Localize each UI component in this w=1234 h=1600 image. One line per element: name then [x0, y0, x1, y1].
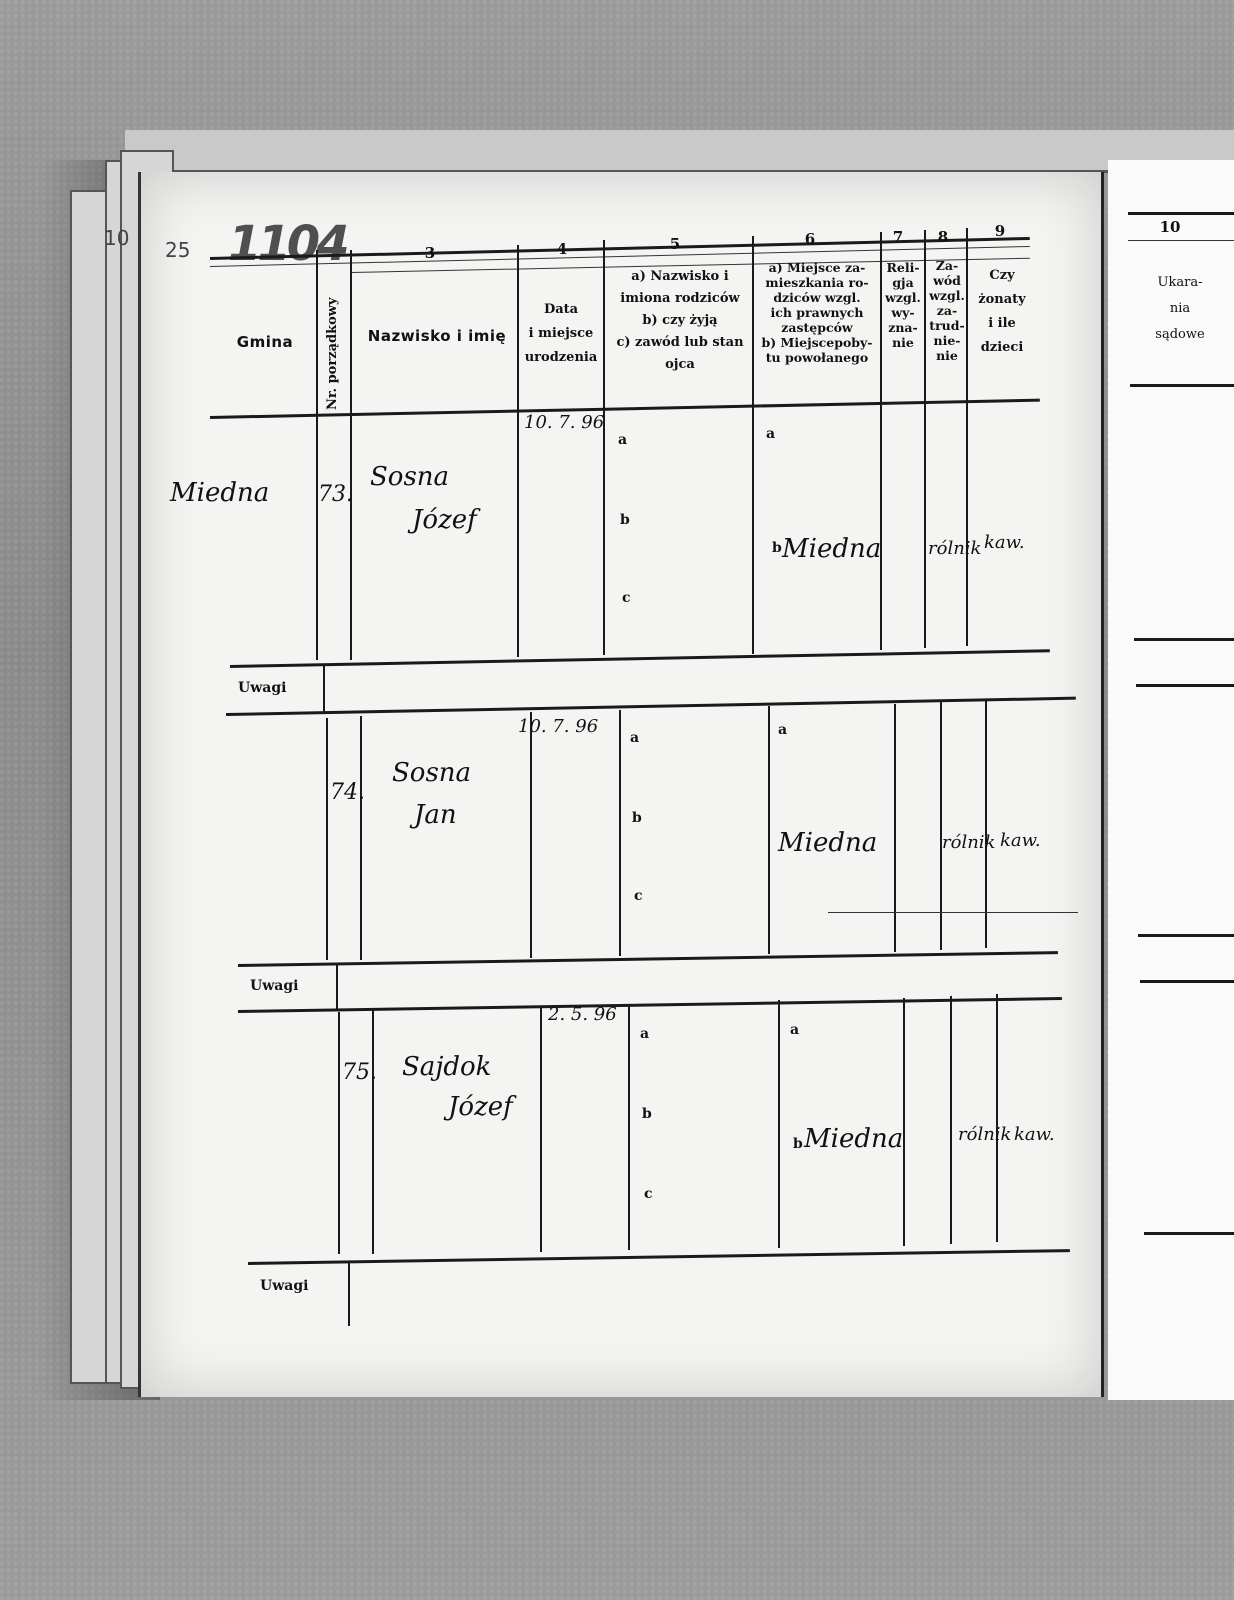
header-line: nie	[925, 348, 969, 363]
remarks-divider	[336, 964, 338, 1010]
col-10-rule	[1134, 638, 1234, 641]
header-line: c) zawód lub stan	[606, 332, 754, 354]
col-divider	[950, 996, 952, 1244]
header-line: za-	[925, 303, 969, 318]
remarks-label-3: Uwagi	[260, 1278, 308, 1294]
header-line: Za-	[925, 258, 969, 273]
entry-2-parents-c: c	[634, 888, 643, 904]
col-name-header: Nazwisko i imię	[358, 328, 516, 345]
entry-3-surname: Sajdok	[402, 1052, 491, 1082]
entry-1-birth-date: 10. 7. 96	[524, 412, 604, 433]
col-parents-header: a) Nazwisko i imiona rodziców b) czy żyj…	[606, 266, 754, 376]
header-line: Ukara-	[1130, 270, 1230, 296]
col-10-rule	[828, 912, 1078, 913]
entry-2-surname: Sosna	[392, 758, 471, 788]
entry-1-gmina: Miedna	[170, 478, 269, 508]
header-line: i ile	[968, 312, 1036, 336]
header-line: i miejsce	[518, 322, 604, 346]
col-birth-header: Data i miejsce urodzenia	[518, 298, 604, 370]
col-divider	[540, 1006, 542, 1252]
entry-1-residence-b: Miedna	[782, 534, 881, 564]
entry-1-surname: Sosna	[370, 462, 449, 492]
header-line: żonaty	[968, 288, 1036, 312]
header-line: Czy	[968, 264, 1036, 288]
header-line: zna-	[880, 320, 926, 335]
col-divider	[778, 1000, 780, 1248]
entry-3-number: 75.	[342, 1060, 377, 1085]
header-line: imiona rodziców	[606, 288, 754, 310]
header-line: Reli-	[880, 260, 926, 275]
col-10-rule	[1136, 684, 1234, 687]
col-divider	[985, 700, 987, 948]
header-line: sądowe	[1130, 322, 1230, 348]
col-convictions-header: Ukara- nia sądowe	[1130, 270, 1230, 348]
entry-1-residence-a: a	[766, 426, 775, 442]
col-divider	[752, 236, 754, 654]
header-line: dziców wzgl.	[754, 290, 880, 305]
pencil-mark-top: 25	[165, 238, 190, 262]
entry-3-residence-b-marker: b	[793, 1136, 803, 1152]
col-divider	[517, 245, 519, 657]
col-6-number: 6	[800, 230, 820, 248]
entry-2-number: 74.	[330, 780, 365, 805]
col-10-rule	[1144, 1232, 1234, 1235]
col-divider	[903, 998, 905, 1246]
book-cover-edge	[125, 130, 1234, 173]
entry-3-parents-b: b	[642, 1106, 652, 1122]
entry-3-parents-a: a	[640, 1026, 649, 1042]
header-line: tu powołanego	[754, 350, 880, 365]
entry-3-birth-date: 2. 5. 96	[548, 1004, 617, 1025]
col-divider	[768, 706, 770, 954]
pencil-mark-left: 10	[104, 226, 129, 250]
entry-3-given-name: Józef	[448, 1092, 513, 1122]
col-nr-header: Nr. porządkowy	[325, 297, 340, 410]
col-divider	[316, 250, 318, 660]
col-divider	[350, 250, 352, 660]
entry-1-marital: kaw.	[984, 532, 1025, 553]
col-10-top-rule	[1128, 212, 1234, 215]
header-line: nie-	[925, 333, 969, 348]
col-7-number: 7	[888, 228, 908, 246]
entry-3-marital: kaw.	[1014, 1124, 1055, 1145]
entry-1-given-name: Józef	[412, 505, 477, 535]
col-gmina-header: Gmina	[230, 334, 300, 351]
header-line: a) Nazwisko i	[606, 266, 754, 288]
col-residence-header: a) Miejsce za- mieszkania ro- dziców wzg…	[754, 260, 880, 365]
entry-2-residence-b: Miedna	[778, 828, 877, 858]
col-divider	[628, 1004, 630, 1250]
col-10-num-rule	[1128, 240, 1234, 241]
entry-1-occupation: rólnik	[928, 538, 981, 559]
col-divider	[894, 704, 896, 952]
col-divider	[372, 1010, 374, 1254]
entry-2-occupation: rólnik	[942, 832, 995, 853]
remarks-label-2: Uwagi	[250, 978, 298, 994]
header-line: wód	[925, 273, 969, 288]
col-10-number: 10	[1155, 218, 1185, 236]
col-divider	[619, 710, 621, 956]
header-line: trud-	[925, 318, 969, 333]
entry-3-residence-a: a	[790, 1022, 799, 1038]
header-line: dzieci	[968, 336, 1036, 360]
entry-2-parents-a: a	[630, 730, 639, 746]
header-line: ich prawnych	[754, 305, 880, 320]
header-line: wzgl.	[925, 288, 969, 303]
remarks-divider	[323, 665, 325, 713]
header-line: ojca	[606, 354, 754, 376]
col-10-header-rule	[1130, 384, 1234, 387]
col-divider	[880, 232, 882, 650]
col-divider	[326, 718, 328, 960]
col-5-number: 5	[665, 235, 685, 253]
entry-2-given-name: Jan	[414, 800, 457, 830]
entry-2-parents-b: b	[632, 810, 642, 826]
header-line: wzgl.	[880, 290, 926, 305]
header-line: b) Miejscepoby-	[754, 335, 880, 350]
entry-3-occupation: rólnik	[958, 1124, 1011, 1145]
header-line: nia	[1130, 296, 1230, 322]
col-divider	[966, 228, 968, 646]
col-9-number: 9	[990, 222, 1010, 240]
col-divider	[338, 1012, 340, 1254]
entry-1-number: 73.	[318, 482, 353, 507]
remarks-divider	[348, 1262, 350, 1326]
col-10-rule	[1140, 980, 1234, 983]
header-line: nie	[880, 335, 926, 350]
col-divider	[603, 240, 605, 655]
col-10-rule	[1138, 934, 1234, 937]
col-religion-header: Reli- gja wzgl. wy- zna- nie	[880, 260, 926, 350]
header-line: wy-	[880, 305, 926, 320]
entry-1-parents-c: c	[622, 590, 631, 606]
entry-1-residence-b-marker: b	[772, 540, 782, 556]
entry-1-parents-b: b	[620, 512, 630, 528]
entry-2-residence-a: a	[778, 722, 787, 738]
entry-3-parents-c: c	[644, 1186, 653, 1202]
header-line: mieszkania ro-	[754, 275, 880, 290]
header-line: gja	[880, 275, 926, 290]
header-line: b) czy żyją	[606, 310, 754, 332]
entry-1-parents-a: a	[618, 432, 627, 448]
col-4-number: 4	[552, 240, 572, 258]
col-divider	[924, 230, 926, 648]
header-line: urodzenia	[518, 346, 604, 370]
col-occupation-header: Za- wód wzgl. za- trud- nie- nie	[925, 258, 969, 363]
entry-2-marital: kaw.	[1000, 830, 1041, 851]
col-marital-header: Czy żonaty i ile dzieci	[968, 264, 1036, 360]
col-divider	[360, 716, 362, 960]
col-3-number: 3	[420, 244, 440, 262]
header-line: Data	[518, 298, 604, 322]
entry-3-residence-b: Miedna	[804, 1124, 903, 1154]
col-divider	[996, 994, 998, 1242]
header-line: a) Miejsce za-	[754, 260, 880, 275]
remarks-label-1: Uwagi	[238, 680, 286, 696]
col-8-number: 8	[933, 228, 953, 246]
col-divider	[530, 712, 532, 958]
header-line: zastępców	[754, 320, 880, 335]
entry-2-birth-date: 10. 7. 96	[518, 716, 598, 737]
